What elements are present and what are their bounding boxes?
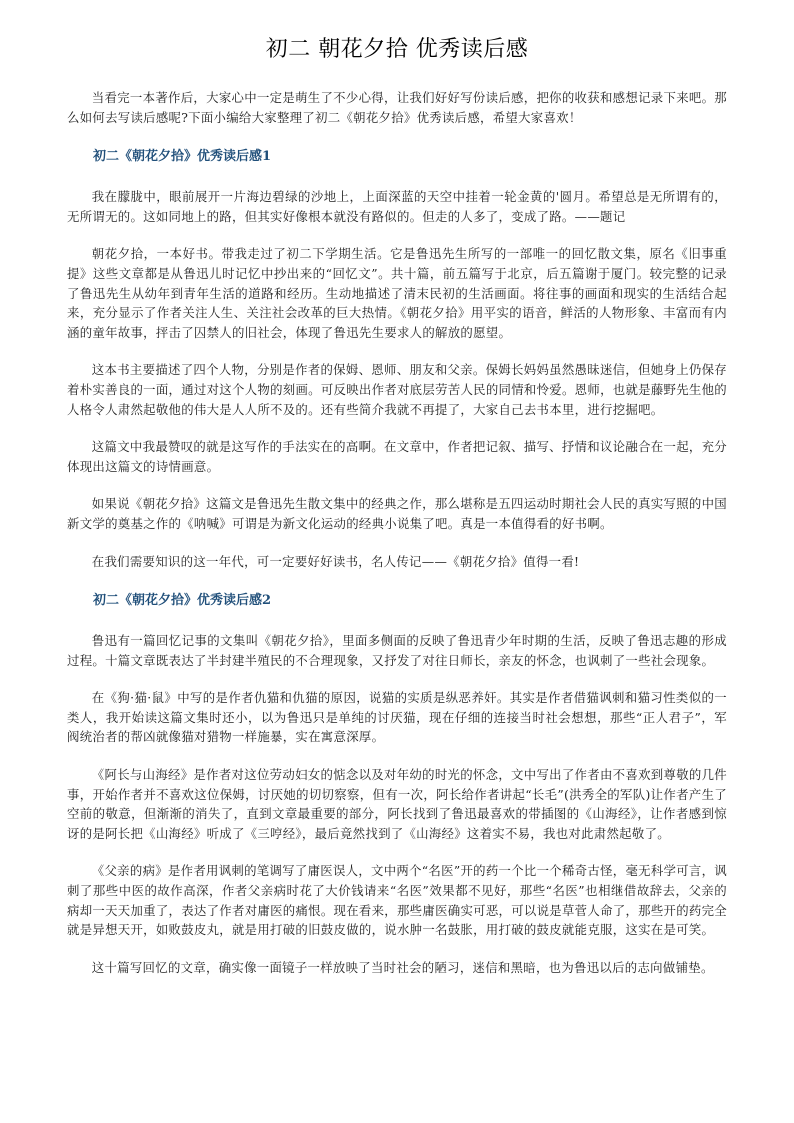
- section-1-paragraph-3: 这本书主要描述了四个人物，分别是作者的保姆、恩师、朋友和父亲。保姆长妈妈虽然愚昧…: [67, 360, 727, 419]
- section-2-paragraph-4: 《父亲的病》是作者用讽刺的笔调写了庸医误人，文中两个“名医”开的药一个比一个稀奇…: [67, 861, 727, 939]
- section-1-paragraph-2: 朝花夕拾，一本好书。带我走过了初二下学期生活。它是鲁迅先生所写的一部唯一的回忆散…: [67, 244, 727, 342]
- section-1-paragraph-4: 这篇文中我最赞叹的就是这写作的手法实在的高啊。在文章中，作者把记叙、描写、抒情和…: [67, 437, 727, 476]
- section-2-paragraph-5: 这十篇写回忆的文章，确实像一面镜子一样放映了当时社会的陋习，迷信和黑暗，也为鲁迅…: [67, 958, 727, 978]
- page-title: 初二 朝花夕拾 优秀读后感: [67, 36, 727, 64]
- section-2-paragraph-3: 《阿长与山海经》是作者对这位劳动妇女的惦念以及对年幼的时光的怀念，文中写出了作者…: [67, 765, 727, 843]
- section-1-paragraph-6: 在我们需要知识的这一年代，可一定要好好读书，名人传记——《朝花夕拾》值得一看!: [67, 552, 727, 572]
- section-2-paragraph-2: 在《狗·猫·鼠》中写的是作者仇猫和仇猫的原因，说猫的实质是纵恶养奸。其实是作者借…: [67, 688, 727, 747]
- section-2-paragraph-1: 鲁迅有一篇回忆记事的文集叫《朝花夕拾》，里面多侧面的反映了鲁迅青少年时期的生活，…: [67, 631, 727, 670]
- section-1-paragraph-1: 我在朦胧中，眼前展开一片海边碧绿的沙地上，上面深蓝的天空中挂着一轮金黄的'圆月。…: [67, 187, 727, 226]
- intro-paragraph: 当看完一本著作后，大家心中一定是萌生了不少心得，让我们好好写份读后感，把你的收获…: [67, 88, 727, 127]
- section-heading-2: 初二《朝花夕拾》优秀读后感2: [67, 591, 727, 611]
- section-1-paragraph-5: 如果说《朝花夕拾》这篇文是鲁迅先生散文集中的经典之作，那么堪称是五四运动时期社会…: [67, 494, 727, 533]
- section-heading-1: 初二《朝花夕拾》优秀读后感1: [67, 147, 727, 167]
- document-page: 初二 朝花夕拾 优秀读后感 当看完一本著作后，大家心中一定是萌生了不少心得，让我…: [67, 0, 727, 977]
